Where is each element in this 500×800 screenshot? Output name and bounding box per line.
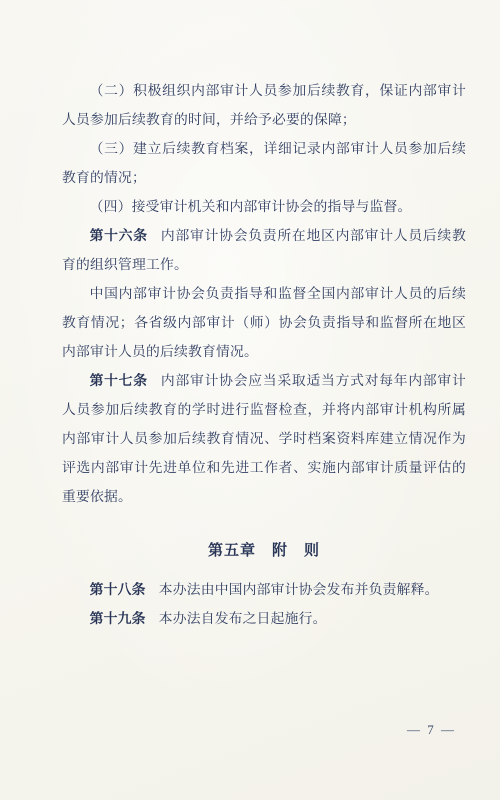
chapter-heading: 第五章 附 则	[62, 537, 466, 566]
paragraph-text: （二）积极组织内部审计人员参加后续教育，保证内部审计人员参加后续教育的时间，并给…	[62, 83, 466, 127]
article-16-subparagraph: 中国内部审计协会负责指导和监督全国内部审计人员的后续教育情况；各省级内部审计（师…	[62, 279, 466, 366]
article-18-paragraph: 第十八条本办法由中国内部审计协会发布并负责解释。	[62, 575, 466, 604]
article-18-number: 第十八条	[90, 582, 146, 597]
list-item-4: （四）接受审计机关和内部审计协会的指导与监督。	[62, 192, 466, 221]
scanned-document-page: （二）积极组织内部审计人员参加后续教育，保证内部审计人员参加后续教育的时间，并给…	[0, 0, 500, 800]
article-17-number: 第十七条	[90, 373, 148, 388]
paragraph-text: 中国内部审计协会负责指导和监督全国内部审计人员的后续教育情况；各省级内部审计（师…	[62, 286, 466, 359]
paragraph-text: 本办法由中国内部审计协会发布并负责解释。	[159, 582, 439, 597]
paragraph-text: 本办法自发布之日起施行。	[159, 611, 327, 626]
article-16-paragraph: 第十六条内部审计协会负责所在地区内部审计人员后续教育的组织管理工作。	[62, 221, 466, 279]
article-16-number: 第十六条	[90, 228, 148, 243]
article-19-number: 第十九条	[90, 611, 146, 626]
paragraph-text: （四）接受审计机关和内部审计协会的指导与监督。	[90, 199, 412, 214]
article-19-paragraph: 第十九条本办法自发布之日起施行。	[62, 604, 466, 633]
list-item-3: （三）建立后续教育档案，详细记录内部审计人员参加后续教育的情况；	[62, 134, 466, 192]
page-number: — 7 —	[407, 722, 456, 738]
document-body: （二）积极组织内部审计人员参加后续教育，保证内部审计人员参加后续教育的时间，并给…	[62, 76, 466, 633]
list-item-2: （二）积极组织内部审计人员参加后续教育，保证内部审计人员参加后续教育的时间，并给…	[62, 76, 466, 134]
paragraph-text: （三）建立后续教育档案，详细记录内部审计人员参加后续教育的情况；	[62, 141, 466, 185]
paragraph-text: 内部审计协会应当采取适当方式对每年内部审计人员参加后续教育的学时进行监督检查，并…	[62, 373, 466, 504]
article-17-paragraph: 第十七条内部审计协会应当采取适当方式对每年内部审计人员参加后续教育的学时进行监督…	[62, 366, 466, 511]
